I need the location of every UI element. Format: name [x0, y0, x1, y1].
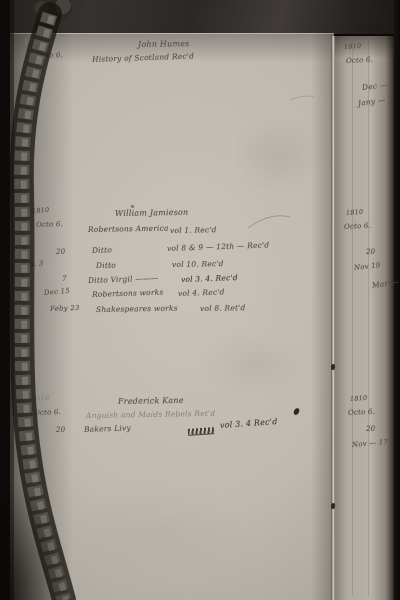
- book-spine-binding: [0, 0, 90, 600]
- ledger-photo: 1810 Octo 6. John Humes History of Scotl…: [0, 0, 400, 600]
